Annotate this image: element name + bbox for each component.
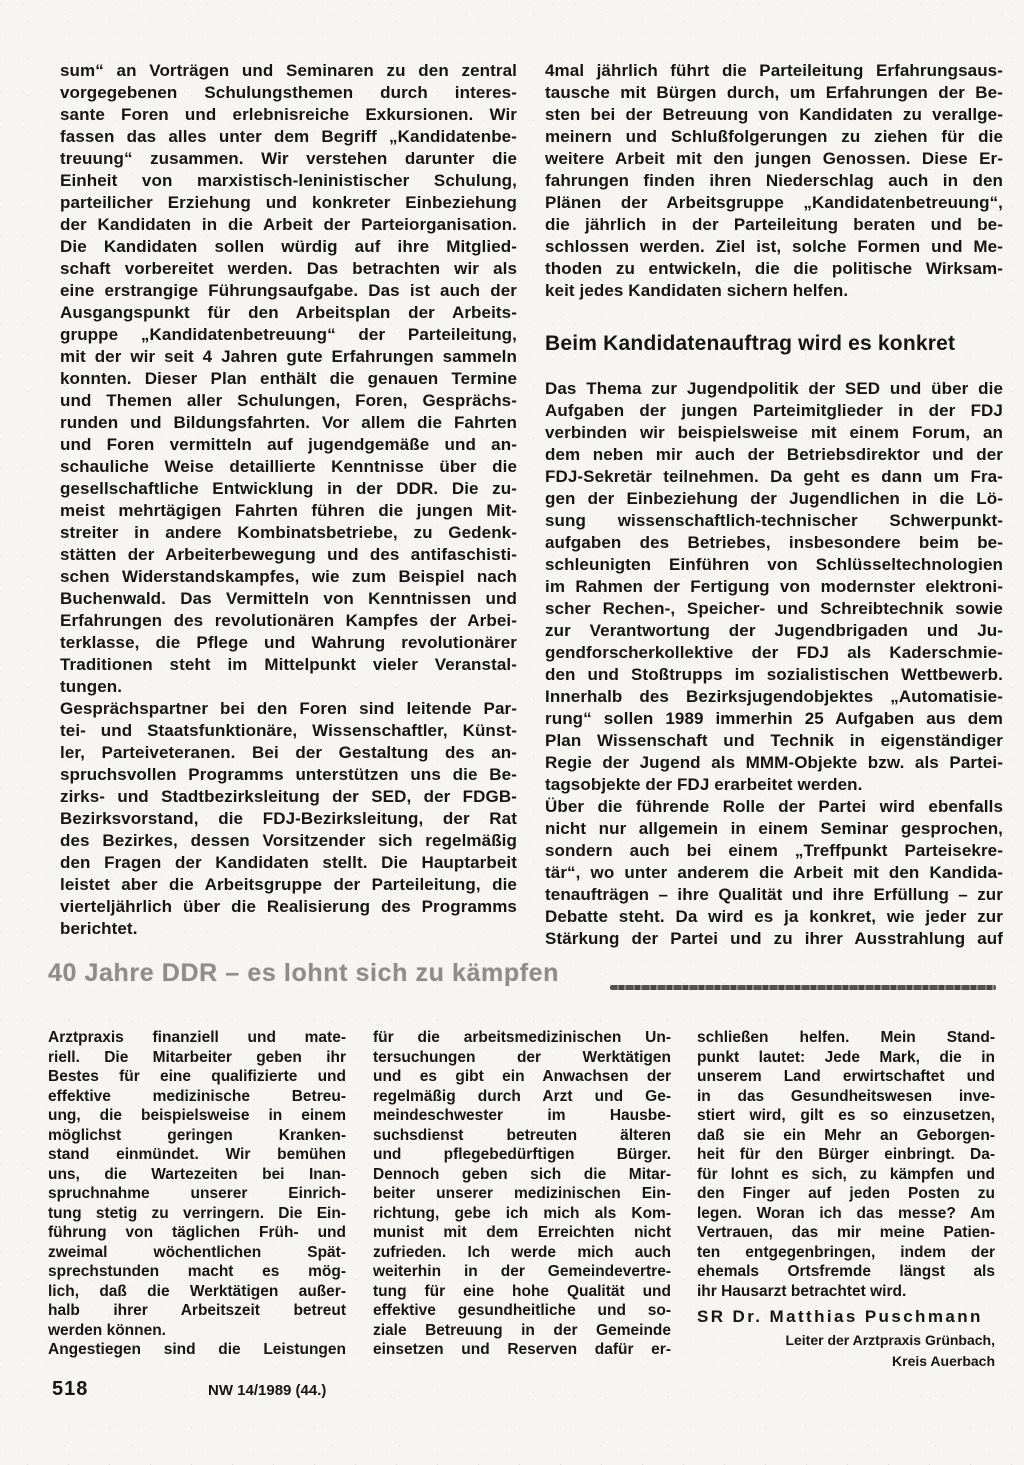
text-line: den Finger auf jeden Posten zu [697,1184,995,1204]
text-line: in das Gesundheitswesen inve- [697,1087,995,1107]
text-line: berichtet. [60,918,517,940]
text-line: tagsobjekte der FDJ erarbeitet werden. [545,774,1003,796]
text-line: tausche mit Bürgen durch, um Erfahrungen… [545,82,1003,104]
text-line: ehemals Ortsfremde längst als [697,1262,995,1282]
text-line: Dennoch geben sich die Mitar- [373,1165,671,1185]
text-line: den Fragen der Kandidaten stellt. Die Ha… [60,852,517,874]
paragraph: sum“ an Vorträgen und Seminaren zu den z… [60,60,517,698]
text-line: im Rahmen der Fertigung von modernster e… [545,576,1003,598]
text-line: der Kandidaten in die Arbeit der Parteio… [60,214,517,236]
text-line: schließen helfen. Mein Stand- [697,1028,995,1048]
text-line: weiterhin in der Gemeindevertre- [373,1262,671,1282]
text-line: ler, Parteiveteranen. Bei der Gestaltung… [60,742,517,764]
text-line: vierteljährlich über die Realisierung de… [60,896,517,918]
text-line: tung für eine hohe Qualität und [373,1282,671,1302]
text-line: Einheit von marxistisch-leninistischer S… [60,170,517,192]
text-line: legen. Woran ich das messe? Am [697,1204,995,1224]
text-line: Buchenwald. Das Vermitteln von Kenntniss… [60,588,517,610]
text-line: stand einmündet. Wir bemühen [48,1145,346,1165]
text-line: richtung, gebe ich mich als Kom- [373,1204,671,1224]
issue-label: NW 14/1989 (44.) [208,1382,326,1399]
bottom-column-3: schließen helfen. Mein Stand-punkt laute… [697,1028,995,1372]
text-line: führung von täglichen Früh- und [48,1223,346,1243]
text-line: parteilicher Erziehung und konkreter Ein… [60,192,517,214]
text-line: lich, daß die Werktätigen außer- [48,1282,346,1302]
text-line: streiter in andere Kombinatsbetriebe, zu… [60,522,517,544]
text-line: treuung“ zusammen. Wir verstehen darunte… [60,148,517,170]
text-line: Aufgaben der jungen Parteimitglieder in … [545,400,1003,422]
text-line: sten bei der Betreuung von Kandidaten zu… [545,104,1003,126]
text-line: meinern und Schlußfolgerungen zu ziehen … [545,126,1003,148]
text-line: spruchnahme unserer Einrich- [48,1184,346,1204]
text-line: effektive gesundheitliche und so- [373,1301,671,1321]
author-role-line-2: Kreis Auerbach [697,1351,995,1372]
text-line: Erfahrungen des revolutionären Kampfes d… [60,610,517,632]
text-line: die jährlich in der Parteileitung berate… [545,214,1003,236]
text-line: sprechstunden macht es mög- [48,1262,346,1282]
text-line: schlossen werden. Ziel ist, solche Forme… [545,236,1003,258]
text-line: keit jedes Kandidaten sichern helfen. [545,280,1003,302]
text-line: punkt lautet: Jede Mark, die in [697,1048,995,1068]
text-line: tär“, wo unter anderem die Arbeit mit de… [545,862,1003,884]
text-line: und Foren vermitteln auf jugendgemäße un… [60,434,517,456]
text-line: 4mal jährlich führt die Parteileitung Er… [545,60,1003,82]
text-line: sung wissenschaftlich-technischer Schwer… [545,510,1003,532]
paragraph: Das Thema zur Jugendpolitik der SED und … [545,378,1003,796]
article-left-column: sum“ an Vorträgen und Seminaren zu den z… [60,60,517,940]
text-line: leistet aber die Arbeitsgruppe der Parte… [60,874,517,896]
section-banner-rule [610,985,996,990]
text-line: aufgaben des Betriebes, insbesondere bei… [545,532,1003,554]
text-line: Traditionen steht im Mittelpunkt vieler … [60,654,517,676]
text-line: Stärkung der Partei und zu ihrer Ausstra… [545,928,1003,950]
text-line: stiert wird, gilt es so einzusetzen, [697,1106,995,1126]
text-line: schauliche Weise detaillierte Kenntnisse… [60,456,517,478]
text-line: schen Widerstandskampfes, wie zum Beispi… [60,566,517,588]
text-line: Die Kandidaten sollen würdig auf ihre Mi… [60,236,517,258]
section-subheading: Beim Kandidatenauftrag wird es konkret [545,331,1003,357]
text-line: uns, die Wartezeiten bei Inan- [48,1165,346,1185]
text-line: scher Rechen-, Speicher- und Schreibtech… [545,598,1003,620]
text-line: ziale Betreuung in der Gemeinde [373,1321,671,1341]
right-column-paragraphs-before-heading: 4mal jährlich führt die Parteileitung Er… [545,60,1003,302]
text-line: konnten. Dieser Plan enthält die genauen… [60,368,517,390]
text-line: ung, die beispielsweise in einem [48,1106,346,1126]
text-line: gendforscherkollektive der FDJ als Kader… [545,642,1003,664]
scanned-magazine-page: { "paper": { "background_color": "#f6f5f… [0,0,1024,1465]
text-line: terklasse, die Pflege und Wahrung revolu… [60,632,517,654]
author-role-line-1: Leiter der Arztpraxis Grünbach, [697,1330,995,1351]
text-line: spruchsvollen Programms unterstützen uns… [60,764,517,786]
text-line: fassen das alles unter dem Begriff „Kand… [60,126,517,148]
text-line: Über die führende Rolle der Partei wird … [545,796,1003,818]
text-line: suchsdienst betreuten älteren [373,1126,671,1146]
text-line: Arztpraxis finanziell und mate- [48,1028,346,1048]
text-line: Das Thema zur Jugendpolitik der SED und … [545,378,1003,400]
text-line: heit für den Bürger einbringt. Da- [697,1145,995,1165]
text-line: weitere Arbeit mit den jungen Genossen. … [545,148,1003,170]
text-line: gesellschaftliche Entwicklung in der DDR… [60,478,517,500]
text-line: verbinden wir beispielsweise mit einem F… [545,422,1003,444]
paragraph: Arztpraxis finanziell und mate-riell. Di… [48,1028,346,1340]
text-line: für lohnt es sich, zu kämpfen und [697,1165,995,1185]
paragraph: Angestiegen sind die Leistungen [48,1340,346,1360]
text-line: Angestiegen sind die Leistungen [48,1340,346,1360]
text-line: gruppe „Kandidatenbetreuung“ der Parteil… [60,324,517,346]
text-line: Plänen der Arbeitsgruppe „Kandidatenbetr… [545,192,1003,214]
text-line: schleunigten Einführen von Schlüsseltech… [545,554,1003,576]
text-line: Debatte steht. Da wird es ja konkret, wi… [545,906,1003,928]
text-line: tungen. [60,676,517,698]
text-line: runden und Bildungsfahrten. Vor allem di… [60,412,517,434]
page-number: 518 [52,1378,88,1401]
text-line: munist mit dem Erreichten nicht [373,1223,671,1243]
text-line: fahrungen finden ihren Niederschlag auch… [545,170,1003,192]
text-line: FDJ-Sekretär teilnehmen. Da geht es dann… [545,466,1003,488]
paragraph: 4mal jährlich führt die Parteileitung Er… [545,60,1003,302]
text-line: werden können. [48,1321,346,1341]
text-line: für die arbeitsmedizinischen Un- [373,1028,671,1048]
paragraph: schließen helfen. Mein Stand-punkt laute… [697,1028,995,1301]
text-line: und pflegebedürftigen Bürger. [373,1145,671,1165]
text-line: Vertrauen, das mir meine Patien- [697,1223,995,1243]
text-line: Innerhalb des Bezirksjugendobjektes „Aut… [545,686,1003,708]
text-line: tung stetig zu verringern. Die Ein- [48,1204,346,1224]
text-line: zirks- und Stadtbezirksleitung der SED, … [60,786,517,808]
text-line: vorgegebenen Schulungsthemen durch inter… [60,82,517,104]
text-line: Regie der Jugend als MMM-Objekte bzw. al… [545,752,1003,774]
text-line: eine erstrangige Führungsaufgabe. Das is… [60,280,517,302]
paragraph: Gesprächspartner bei den Foren sind leit… [60,698,517,940]
text-line: ihr Hausarzt betrachtet wird. [697,1282,995,1302]
text-line: dem neben mir auch der Betriebsdirektor … [545,444,1003,466]
text-line: nicht nur allgemein in einem Seminar ges… [545,818,1003,840]
text-line: gen der Einbeziehung der Jugendlichen in… [545,488,1003,510]
text-line: halb ihrer Arbeitszeit betreut [48,1301,346,1321]
section-banner-heading: 40 Jahre DDR – es lohnt sich zu kämpfen [48,958,559,988]
text-line: schaft vorbereitet werden. Das betrachte… [60,258,517,280]
bottom-column-3-text: schließen helfen. Mein Stand-punkt laute… [697,1028,995,1301]
text-line: beiter unserer medizinischen Ein- [373,1184,671,1204]
text-line: sante Foren und erlebnisreiche Exkursion… [60,104,517,126]
text-line: möglichst geringen Kranken- [48,1126,346,1146]
text-line: rung“ sollen 1989 immerhin 25 Aufgaben a… [545,708,1003,730]
text-line: unserem Land erwirtschaftet und [697,1067,995,1087]
text-line: regelmäßig durch Arzt und Ge- [373,1087,671,1107]
text-line: meist mehrtägigen Fahrten führen die jun… [60,500,517,522]
text-line: effektive medizinische Betreu- [48,1087,346,1107]
text-line: zweimal wöchentlichen Spät- [48,1243,346,1263]
bottom-column-2: für die arbeitsmedizinischen Un-tersuchu… [373,1028,671,1360]
text-line: sum“ an Vorträgen und Seminaren zu den z… [60,60,517,82]
text-line: stätten der Arbeiterbewegung und des ant… [60,544,517,566]
text-line: zufrieden. Ich werde mich auch [373,1243,671,1263]
text-line: Bezirksvorstand, die FDJ-Bezirksleitung,… [60,808,517,830]
text-line: meindeschwester im Hausbe- [373,1106,671,1126]
text-line: einsetzen und Reserven dafür er- [373,1340,671,1360]
article-right-column: 4mal jährlich führt die Parteileitung Er… [545,60,1003,950]
text-line: Gesprächspartner bei den Foren sind leit… [60,698,517,720]
text-line: des Bezirkes, dessen Vorsitzender sich r… [60,830,517,852]
text-line: und Themen aller Schulungen, Foren, Gesp… [60,390,517,412]
text-line: ten entgegenbringen, indem der [697,1243,995,1263]
text-line: Ausgangspunkt für den Arbeitsplan der Ar… [60,302,517,324]
text-line: tersuchungen der Werktätigen [373,1048,671,1068]
paragraph: Über die führende Rolle der Partei wird … [545,796,1003,950]
text-line: Bestes für eine qualifizierte und [48,1067,346,1087]
text-line: tenaufträgen – ihre Qualität und ihre Er… [545,884,1003,906]
text-line: thoden zu entwickeln, die die politische… [545,258,1003,280]
right-column-paragraphs-after-heading: Das Thema zur Jugendpolitik der SED und … [545,378,1003,950]
text-line: Plan Wissenschaft und Technik in eigenst… [545,730,1003,752]
text-line: zur Verantwortung der Jugendbrigaden und… [545,620,1003,642]
text-line: und es gibt ein Anwachsen der [373,1067,671,1087]
text-line: daß sie ein Mehr an Geborgen- [697,1126,995,1146]
text-line: riell. Die Mitarbeiter geben ihr [48,1048,346,1068]
text-line: tei- und Staatsfunktionäre, Wissenschaft… [60,720,517,742]
bottom-column-1: Arztpraxis finanziell und mate-riell. Di… [48,1028,346,1360]
text-line: mit der wir seit 4 Jahren gute Erfahrung… [60,346,517,368]
paragraph: für die arbeitsmedizinischen Un-tersuchu… [373,1028,671,1360]
text-line: den und Stoßtrupps im sozialistischen We… [545,664,1003,686]
text-line: sondern auch bei einem „Treffpunkt Parte… [545,840,1003,862]
author-signature: SR Dr. Matthias Puschmann [697,1306,995,1328]
